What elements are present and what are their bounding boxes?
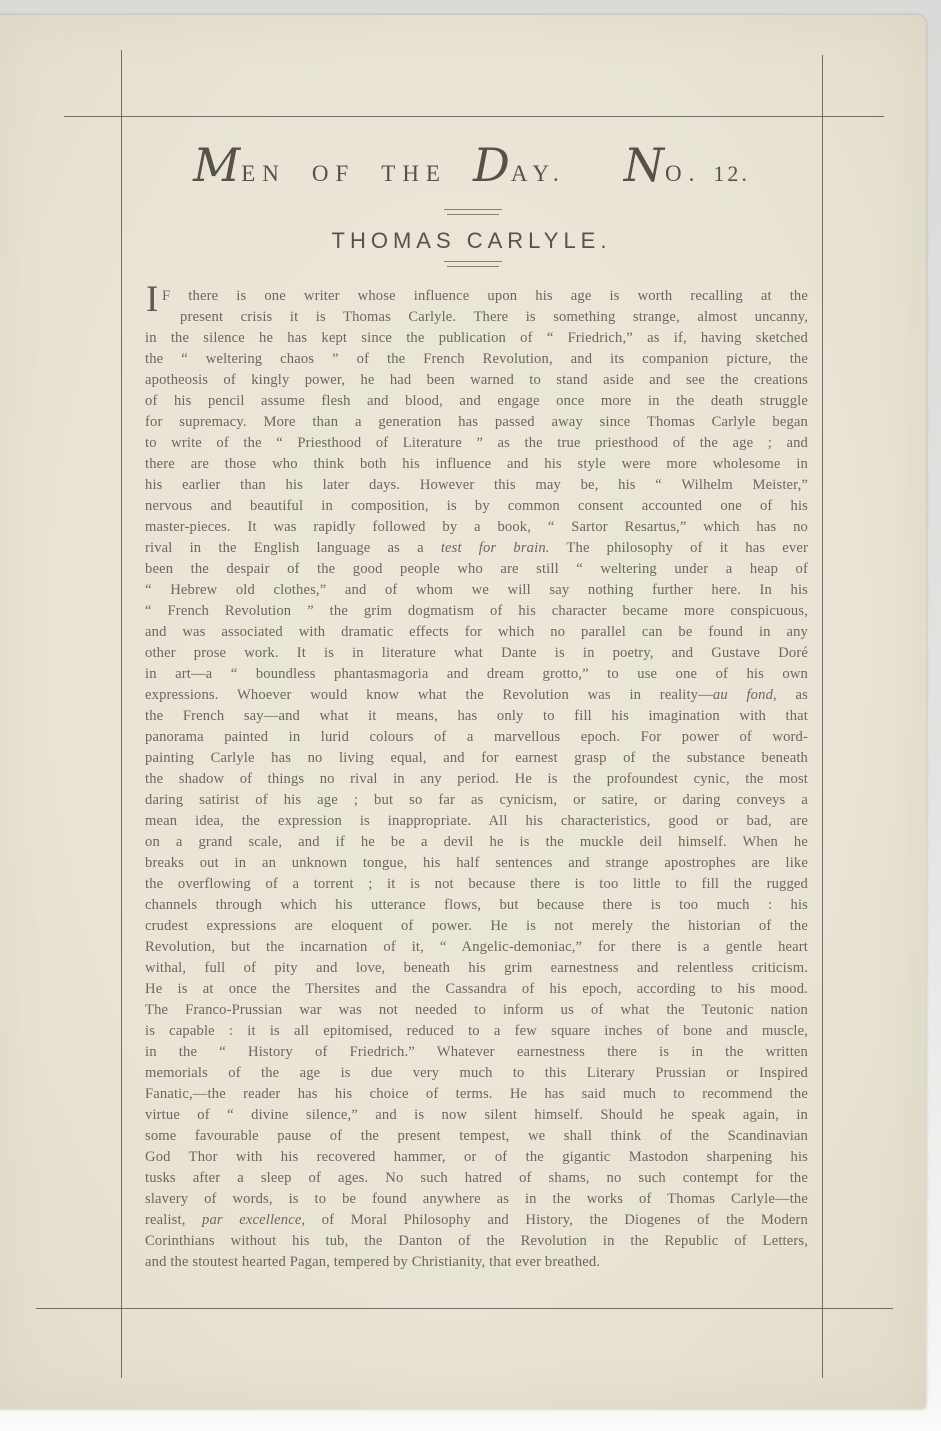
body-line: in the “ History of Friedrich.” Whatever…: [145, 1042, 808, 1063]
body-line: slavery of words, is to be found anywher…: [145, 1189, 808, 1210]
body-line: panorama painted in lurid colours of a m…: [145, 727, 808, 748]
scanned-page-background: { "masthead": { "m_initial": "M", "m_res…: [0, 0, 941, 1431]
ornamental-rule-upper: [444, 209, 502, 216]
masthead-issue-number: 12.: [713, 161, 750, 187]
body-line: some favourable pause of the present tem…: [145, 1126, 808, 1147]
masthead-initial-n: N: [624, 142, 665, 188]
masthead-of: OF: [312, 161, 355, 187]
body-line: in art—a “ boundless phantasmagoria and …: [145, 664, 808, 685]
body-line: the overflowing of a torrent ; it is not…: [145, 874, 808, 895]
body-line: present crisis it is Thomas Carlyle. The…: [145, 307, 808, 328]
text-segment: expressions. Whoever would know what the…: [145, 687, 713, 703]
body-line: Corinthians without his tub, the Danton …: [145, 1231, 808, 1252]
rule-line: [444, 261, 502, 262]
body-line: other prose work. It is in literature wh…: [145, 643, 808, 664]
frame-rule-bottom: [36, 1308, 893, 1309]
body-line: his earlier than his later days. However…: [145, 475, 808, 496]
masthead-day-rest: AY.: [511, 161, 566, 187]
body-line: virtue of “ divine silence,” and is now …: [145, 1105, 808, 1126]
rule-line: [444, 209, 502, 210]
body-line: realist, par excellence, of Moral Philos…: [145, 1210, 808, 1231]
body-line: rival in the English language as a test …: [145, 538, 808, 559]
body-line: nervous and beautiful in composition, is…: [145, 496, 808, 517]
body-line: the “ weltering chaos ” of the French Re…: [145, 349, 808, 370]
body-line: Revolution, but the incarnation of it, “…: [145, 937, 808, 958]
frame-rule-top: [64, 116, 884, 117]
body-line: expressions. Whoever would know what the…: [145, 685, 808, 706]
masthead-the: THE: [381, 161, 447, 187]
body-line: apotheosis of kingly power, he had been …: [145, 370, 808, 391]
italic-phrase: par excellence: [202, 1212, 301, 1228]
body-line: crudest expressions are eloquent of powe…: [145, 916, 808, 937]
masthead-no-rest: O.: [665, 161, 701, 187]
body-line: tusks after a sleep of ages. No such hat…: [145, 1168, 808, 1189]
body-line: on a grand scale, and if he be a devil h…: [145, 832, 808, 853]
frame-rule-right: [822, 55, 823, 1378]
text-segment: realist,: [145, 1212, 202, 1228]
text-segment: , of Moral Philosophy and History, the D…: [302, 1212, 809, 1228]
body-line: memorials of the age is due very much to…: [145, 1063, 808, 1084]
drop-cap: I: [146, 281, 158, 318]
body-line: the shadow of things no rival in any per…: [145, 769, 808, 790]
body-line: to write of the “ Priesthood of Literatu…: [145, 433, 808, 454]
body-line: The Franco-Prussian war was not needed t…: [145, 1000, 808, 1021]
body-line: F there is one writer whose influence up…: [145, 286, 808, 307]
body-line: Fanatic,—the reader has his choice of te…: [145, 1084, 808, 1105]
body-line: the French say—and what it means, has on…: [145, 706, 808, 727]
body-line: of his pencil assume flesh and blood, an…: [145, 391, 808, 412]
body-line: and was associated with dramatic effects…: [145, 622, 808, 643]
body-line: mean idea, the expression is inappropria…: [145, 811, 808, 832]
series-masthead: MENOFTHEDAY.NO.12.: [121, 142, 822, 204]
text-segment: The philosophy of it has ever: [550, 540, 808, 556]
rule-line: [447, 266, 499, 267]
body-text: I F there is one writer whose influence …: [145, 286, 808, 1273]
body-line: is capable : it is all epitomised, reduc…: [145, 1021, 808, 1042]
body-line: painting Carlyle has no living equal, an…: [145, 748, 808, 769]
body-line: for supremacy. More than a generation ha…: [145, 412, 808, 433]
ornamental-rule-lower: [444, 261, 502, 268]
masthead-initial-d: D: [473, 142, 511, 188]
masthead-initial-m: M: [193, 142, 241, 188]
italic-phrase: test for brain.: [441, 540, 550, 556]
body-line: God Thor with his recovered hammer, or o…: [145, 1147, 808, 1168]
body-line: breaks out in an unknown tongue, his hal…: [145, 853, 808, 874]
masthead-men-rest: EN: [241, 161, 286, 187]
body-line: master-pieces. It was rapidly followed b…: [145, 517, 808, 538]
body-line: there are those who think both his influ…: [145, 454, 808, 475]
body-line: daring satirist of his age ; but so far …: [145, 790, 808, 811]
text-segment: rival in the English language as a: [145, 540, 441, 556]
text-segment: , as: [773, 687, 808, 703]
body-line: “ French Revolution ” the grim dogmatism…: [145, 601, 808, 622]
italic-phrase: au fond: [713, 687, 773, 703]
body-line: channels through which his utterance flo…: [145, 895, 808, 916]
body-line: “ Hebrew old clothes,” and of whom we wi…: [145, 580, 808, 601]
page-title: THOMAS CARLYLE.: [121, 228, 822, 255]
body-line: in the silence he has kept since the pub…: [145, 328, 808, 349]
rule-line: [447, 214, 499, 215]
body-line: He is at once the Thersites and the Cass…: [145, 979, 808, 1000]
body-line: been the despair of the good people who …: [145, 559, 808, 580]
body-line: and the stoutest hearted Pagan, tempered…: [145, 1252, 808, 1273]
body-line: withal, full of pity and love, beneath h…: [145, 958, 808, 979]
